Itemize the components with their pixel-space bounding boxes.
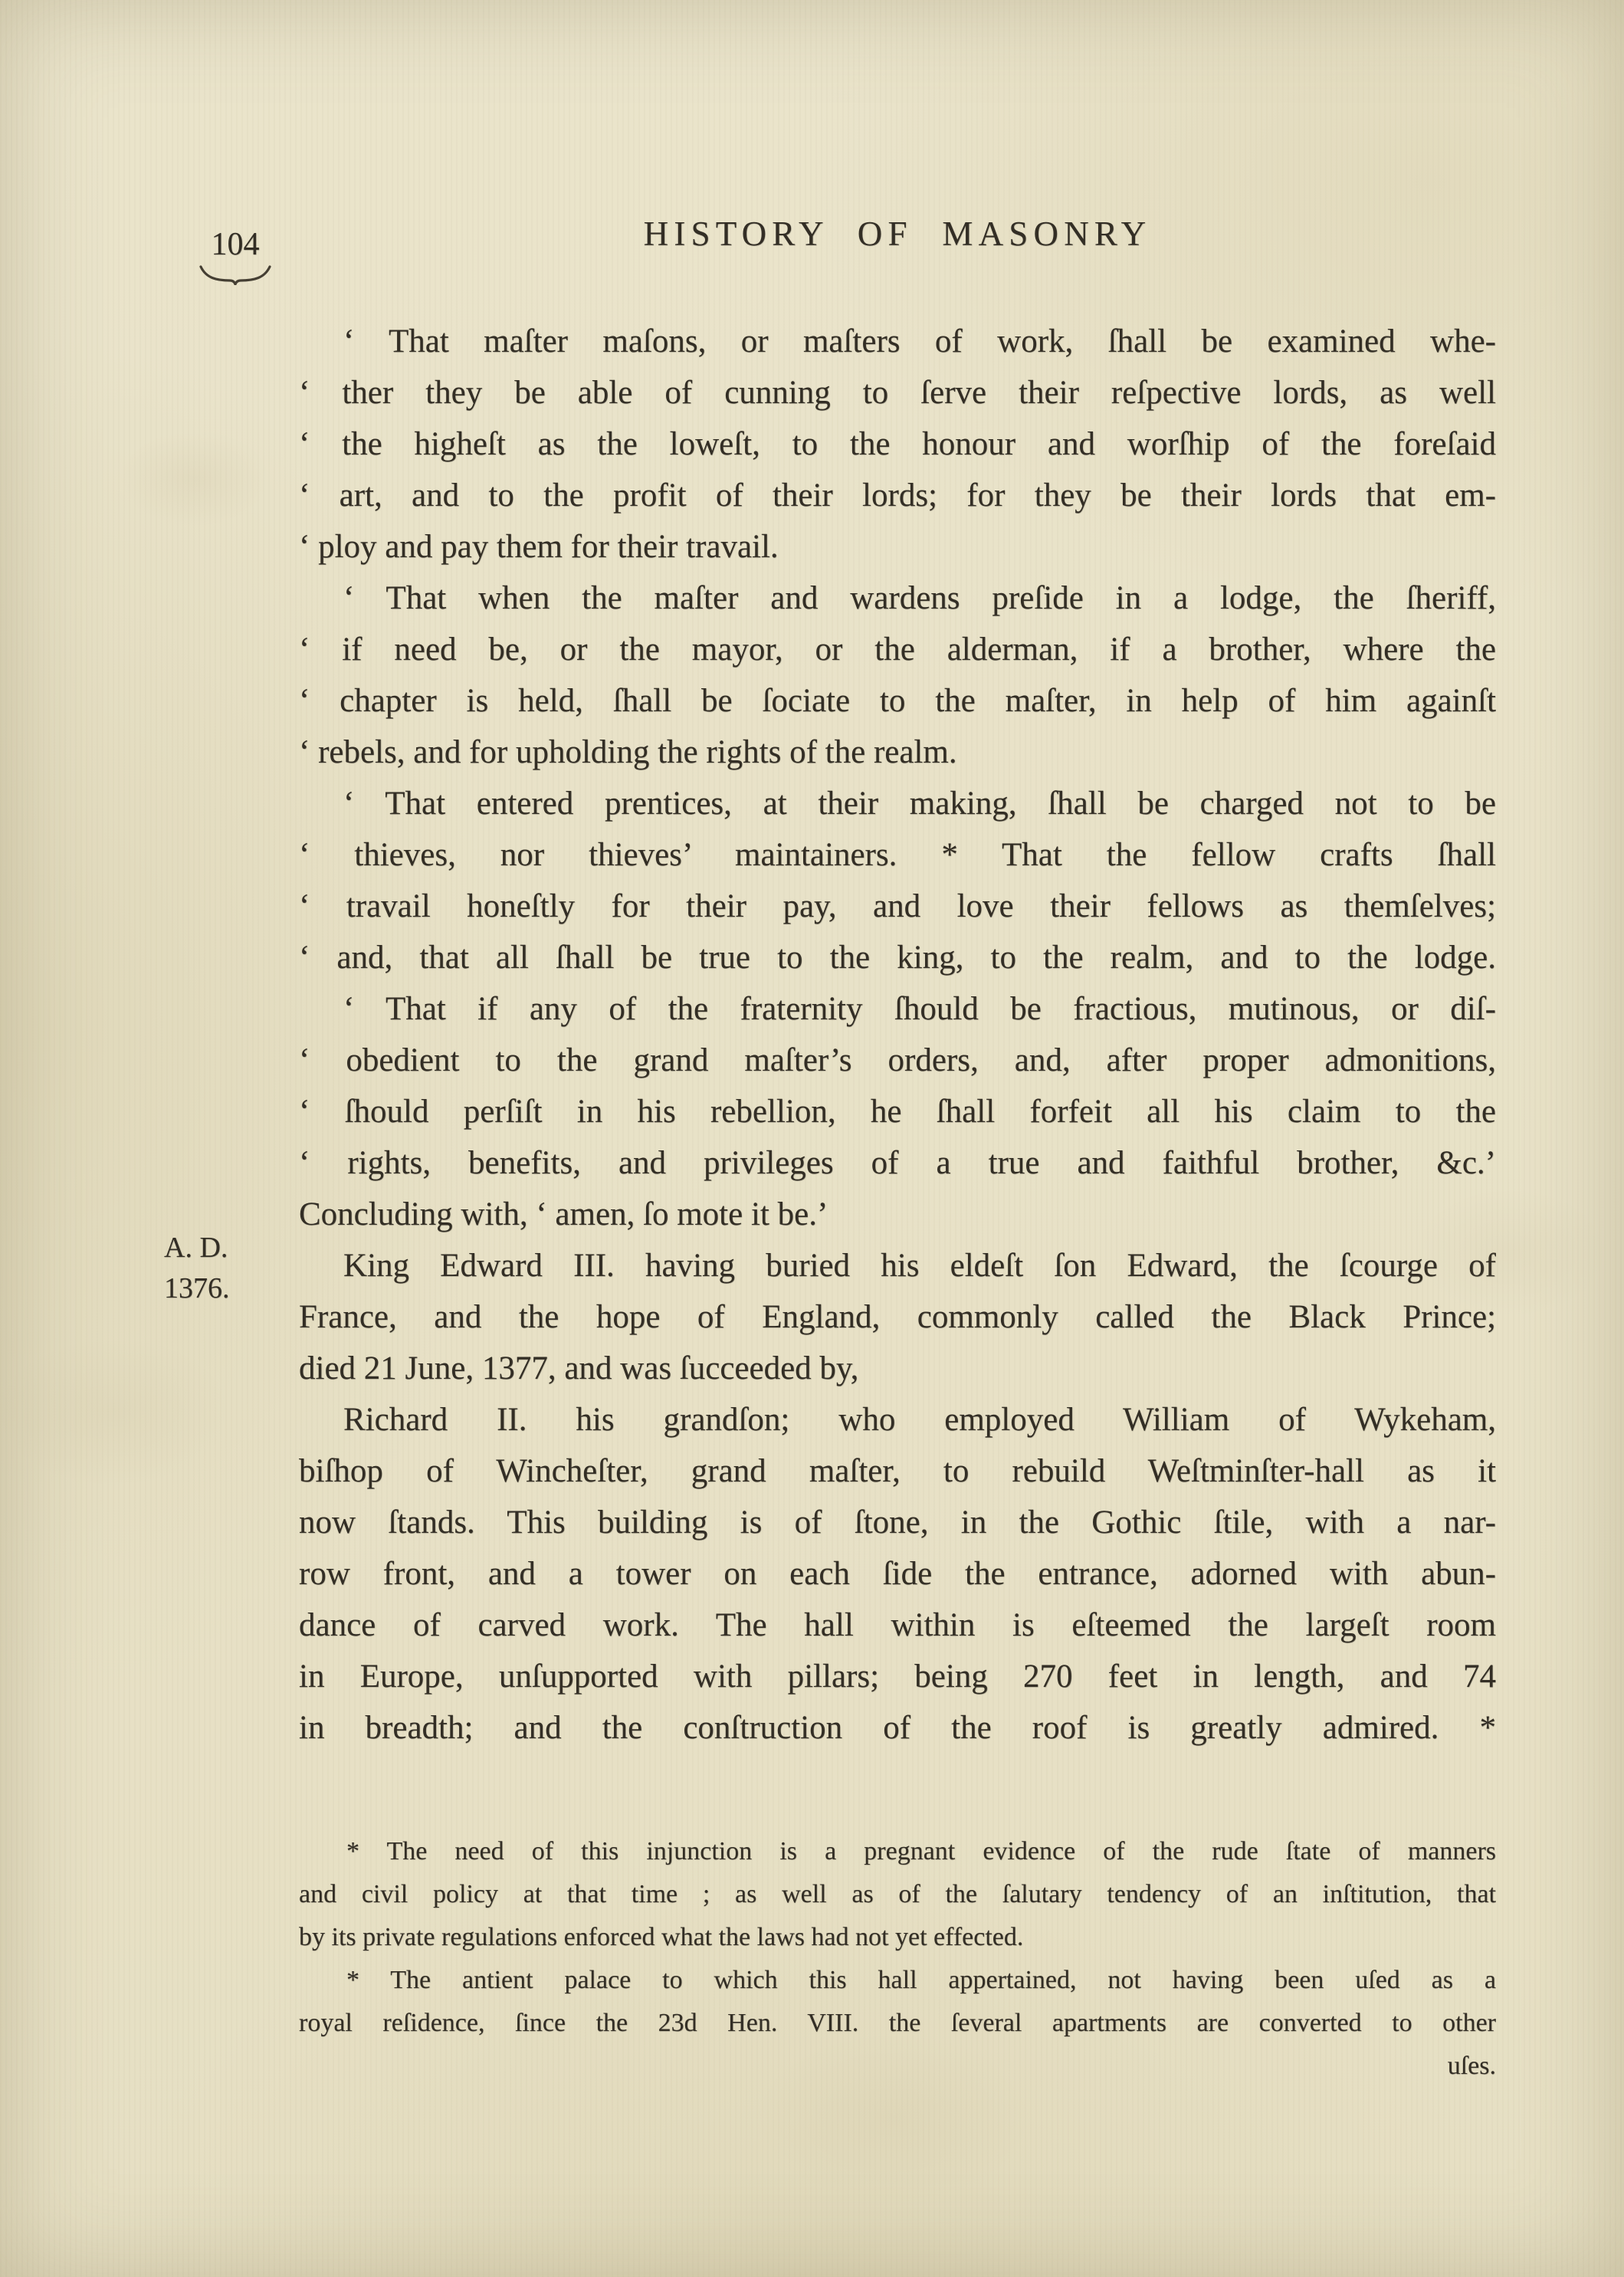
footnote-line: * The antient palace to which this hall … <box>299 1959 1496 2002</box>
page-number-text: 104 <box>212 227 260 262</box>
text-line: ‘ obedient to the grand maſter’s orders,… <box>299 1035 1496 1086</box>
footnotes: * The need of this injunction is a pregn… <box>299 1830 1496 2088</box>
book-page: 104 HISTORY OF MASONRY ‘ That maſter maſ… <box>0 0 1624 2277</box>
text-line: now ſtands. This building is of ſtone, i… <box>299 1497 1496 1548</box>
margin-date-note: A. D. 1376. <box>164 1228 279 1309</box>
text-line: biſhop of Wincheſter, grand maſter, to r… <box>299 1445 1496 1497</box>
text-line: ‘ ther they be able of cunning to ſerve … <box>299 367 1496 418</box>
footnote-line: and civil policy at that time ; as well … <box>299 1873 1496 1916</box>
text-line: in Europe, unſupported with pillars; bei… <box>299 1651 1496 1702</box>
margin-note-year: 1376. <box>164 1268 279 1309</box>
page-number: 104 <box>193 227 277 285</box>
footnote-line: royal reſidence, ſince the 23d Hen. VIII… <box>299 2002 1496 2045</box>
body-text: ‘ That maſter maſons, or maſters of work… <box>299 316 1496 1754</box>
page-title: HISTORY OF MASONRY <box>299 215 1496 253</box>
text-line: row front, and a tower on each ſide the … <box>299 1548 1496 1599</box>
text-line: dance of carved work. The hall within is… <box>299 1599 1496 1651</box>
text-line: Richard II. his grandſon; who employed W… <box>299 1394 1496 1445</box>
text-line: ‘ travail honeſtly for their pay, and lo… <box>299 881 1496 932</box>
text-line: ‘ ſhould perſiſt in his rebellion, he ſh… <box>299 1086 1496 1137</box>
text-line: died 21 June, 1377, and was ſucceeded by… <box>299 1343 1496 1394</box>
text-line: ‘ That if any of the fraternity ſhould b… <box>299 983 1496 1035</box>
text-line: in breadth; and the conſtruction of the … <box>299 1702 1496 1754</box>
text-line: ‘ That entered prentices, at their makin… <box>299 778 1496 829</box>
text-line: ‘ rebels, and for upholding the rights o… <box>299 727 1496 778</box>
text-line: ‘ That maſter maſons, or maſters of work… <box>299 316 1496 367</box>
underbrace-ornament <box>198 264 272 285</box>
text-line: ‘ rights, benefits, and privileges of a … <box>299 1137 1496 1189</box>
margin-note-era: A. D. <box>164 1228 279 1268</box>
footnote-line: by its private regulations enforced what… <box>299 1916 1496 1959</box>
text-line: ‘ and, that all ſhall be true to the kin… <box>299 932 1496 983</box>
footnote-line: uſes. <box>299 2045 1496 2088</box>
text-line: King Edward III. having buried his eldeſ… <box>299 1240 1496 1291</box>
text-line: ‘ the higheſt as the loweſt, to the hono… <box>299 418 1496 470</box>
text-line: Concluding with, ‘ amen, ſo mote it be.’ <box>299 1189 1496 1240</box>
text-line: ‘ That when the maſter and wardens preſi… <box>299 573 1496 624</box>
text-line: ‘ ploy and pay them for their travail. <box>299 521 1496 573</box>
footnote-line: * The need of this injunction is a pregn… <box>299 1830 1496 1873</box>
text-line: France, and the hope of England, commonl… <box>299 1291 1496 1343</box>
text-line: ‘ art, and to the profit of their lords;… <box>299 470 1496 521</box>
text-line: ‘ chapter is held, ſhall be ſociate to t… <box>299 675 1496 727</box>
text-line: ‘ thieves, nor thieves’ maintainers. * T… <box>299 829 1496 881</box>
text-line: ‘ if need be, or the mayor, or the alder… <box>299 624 1496 675</box>
